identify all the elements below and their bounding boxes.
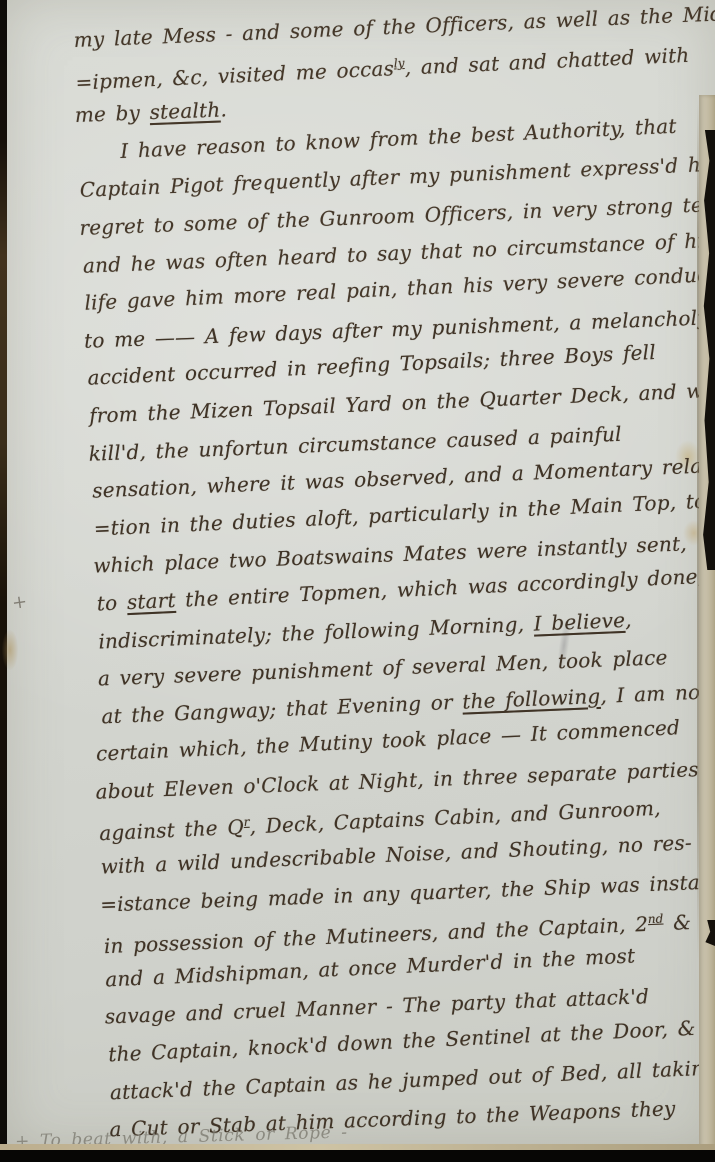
manuscript-photo: my late Mess - and some of the Officers,… — [0, 0, 715, 1162]
mount-background — [0, 1150, 715, 1162]
pencil-plus-mark: + — [11, 591, 29, 614]
binding-gutter — [0, 0, 7, 1162]
manuscript-page: my late Mess - and some of the Officers,… — [7, 0, 715, 1150]
manuscript-text: my late Mess - and some of the Officers,… — [73, 0, 715, 1149]
